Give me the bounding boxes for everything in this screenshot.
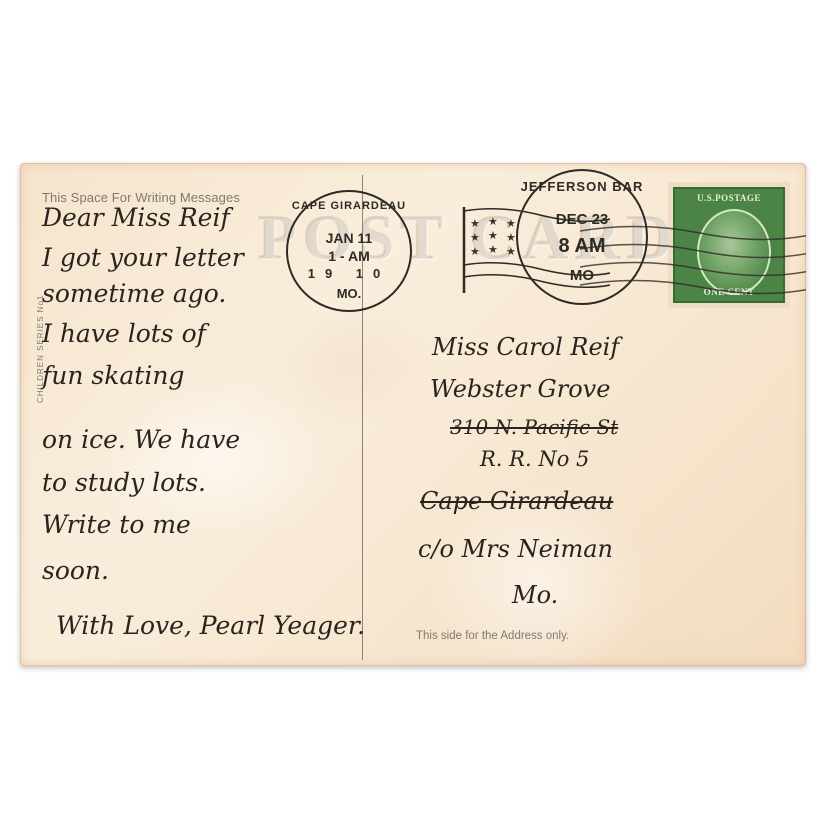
address-line-old-city-struck: Cape Girardeau <box>420 487 613 515</box>
message-line: sometime ago. <box>42 279 226 308</box>
postmark-date: JAN 11 <box>288 230 410 246</box>
postmark-cape-girardeau: CAPE GIRARDEAU JAN 11 1 - AM 19 10 MO. <box>286 190 412 312</box>
message-line: soon. <box>42 556 109 585</box>
svg-text:★: ★ <box>470 217 480 230</box>
message-line: I got your letter <box>42 243 244 272</box>
message-line: Write to me <box>42 510 191 539</box>
postmark-city: CAPE GIRARDEAU <box>288 200 410 212</box>
message-line: I have lots of <box>42 319 206 348</box>
svg-text:★: ★ <box>470 231 480 244</box>
stamp-top-text: U.S.POSTAGE <box>675 193 783 203</box>
address-line-state: Mo. <box>512 581 558 609</box>
address-line-recipient: Miss Carol Reif <box>432 333 619 361</box>
svg-text:★: ★ <box>506 217 516 230</box>
svg-text:★: ★ <box>488 215 498 228</box>
postmark-state: MO. <box>288 286 410 301</box>
svg-text:★: ★ <box>506 231 516 244</box>
address-line-city: Webster Grove <box>430 375 610 403</box>
svg-text:★: ★ <box>470 245 480 258</box>
cancellation-lines-icon <box>580 221 806 301</box>
message-line: fun skating <box>42 361 184 390</box>
address-side-label: This side for the Address only. <box>416 630 569 642</box>
address-line-rural-route: R. R. No 5 <box>480 447 589 471</box>
postmark-time: 1 - AM <box>288 248 410 264</box>
address-line-care-of: c/o Mrs Neiman <box>418 535 613 563</box>
svg-text:★: ★ <box>506 245 516 258</box>
postcard: POST CARD This Space For Writing Message… <box>20 163 806 666</box>
message-line: Dear Miss Reif <box>42 203 230 232</box>
message-line: on ice. We have <box>42 425 240 454</box>
postmark-city: JEFFERSON BAR <box>518 179 646 194</box>
svg-text:★: ★ <box>488 243 498 256</box>
message-line: to study lots. <box>42 468 206 497</box>
svg-text:★: ★ <box>488 229 498 242</box>
signature: With Love, Pearl Yeager. <box>56 611 365 640</box>
address-line-street-struck: 310 N. Pacific St <box>450 415 618 439</box>
postmark-year: 19 10 <box>288 266 410 281</box>
